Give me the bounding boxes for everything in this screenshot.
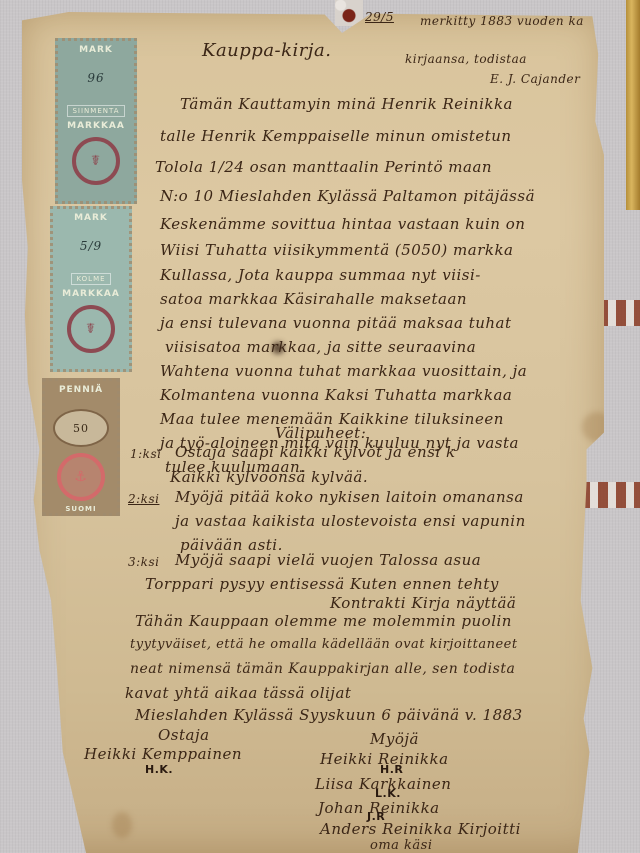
seal-icon: ⚓ xyxy=(57,453,105,501)
registry-note-1: merkitty 1883 vuoden ka xyxy=(420,14,584,28)
body-line: Tolola 1/24 osan manttaalin Perintö maan xyxy=(155,158,492,176)
stamp-bottom-label: MARKKAA xyxy=(67,121,125,131)
stamp-label: MARK xyxy=(74,213,108,223)
condition-marker: 3:ksi xyxy=(128,555,159,569)
stamp-bottom-label: MARKKAA xyxy=(62,289,120,299)
buyer-initials: H.K. xyxy=(145,763,173,776)
stamp-band: KOLME xyxy=(71,273,110,285)
body-line: N:o 10 Mieslahden Kylässä Paltamon pitäj… xyxy=(160,187,535,205)
condition-line: Ostaja saapi kaikki kylvöt ja ensi k xyxy=(175,443,456,461)
seller-heading: Myöjä xyxy=(370,730,419,748)
conditions-heading: Välipuheet: xyxy=(275,424,366,442)
registry-note-2: kirjaansa, todistaa xyxy=(405,52,527,66)
buyer-heading: Ostaja xyxy=(158,726,210,744)
stamp-band: SIINMENTA xyxy=(67,105,124,117)
contract-line: tyytyväiset, että he omalla kädellään ov… xyxy=(130,637,518,652)
condition-line: Kaikki kylvöönsä kylvää. xyxy=(170,468,368,486)
closing-note: oma käsi xyxy=(370,838,433,853)
condition-marker: 2:ksi xyxy=(128,492,159,506)
stamp-label: PENNIÄ xyxy=(59,385,103,395)
body-line: ja ensi tulevana vuonna pitää maksaa tuh… xyxy=(160,314,512,332)
contract-line: kavat yhtä aikaa tässä olijat xyxy=(125,684,351,702)
registry-signature: E. J. Cajander xyxy=(490,72,580,86)
stamp-label: MARK xyxy=(79,45,113,55)
buyer-name: Heikki Kemppainen xyxy=(84,745,242,763)
revenue-stamp-1: MARK 96 SIINMENTA MARKKAA ☤ xyxy=(55,38,137,204)
body-line: Tämän Kauttamyin minä Henrik Reinikka xyxy=(180,95,513,113)
seal-icon: ☤ xyxy=(67,305,115,353)
document-title: Kauppa-kirja. xyxy=(202,40,331,61)
contract-line: neat nimensä tämän Kauppakirjan alle, se… xyxy=(130,661,515,677)
body-line: Keskenämme sovittua hintaa vastaan kuin … xyxy=(160,215,525,233)
body-line: talle Henrik Kemppaiselle minun omistetu… xyxy=(160,127,512,145)
revenue-stamp-3: PENNIÄ 50 ⚓ SUOMI xyxy=(42,378,120,516)
stamp-value: 96 xyxy=(70,61,122,95)
lace-trim-right-lower xyxy=(580,482,640,508)
stain xyxy=(112,812,132,838)
registry-number: 29/5 xyxy=(365,10,394,24)
body-line: Kolmantena vuonna Kaksi Tuhatta markkaa xyxy=(160,386,512,404)
stamp-value: 50 xyxy=(53,409,109,447)
body-line: viisisatoa markkaa, ja sitte seuraavina xyxy=(165,338,476,356)
body-line: Wiisi Tuhatta viisikymmentä (5050) markk… xyxy=(160,241,514,259)
place-date: Mieslahden Kylässä Syyskuun 6 päivänä v.… xyxy=(135,706,523,724)
condition-marker: 1:ksi xyxy=(130,447,161,461)
seal-icon: ☤ xyxy=(72,137,120,185)
condition-line: Myöjä saapi vielä vuojen Talossa asua xyxy=(175,551,481,569)
body-line: Kullassa, Jota kauppa summaa nyt viisi- xyxy=(160,266,481,284)
stain xyxy=(582,412,612,442)
contract-line: Kontrakti Kirja näyttää xyxy=(330,594,516,612)
seller-name: Anders Reinikka Kirjoitti xyxy=(320,820,521,838)
body-line: satoa markkaa Käsirahalle maksetaan xyxy=(160,290,467,308)
revenue-stamp-2: MARK 5/9 KOLME MARKKAA ☤ xyxy=(50,206,132,372)
contract-line: Tähän Kauppaan olemme me molemmin puolin xyxy=(135,612,512,630)
gold-frame-edge xyxy=(626,0,640,210)
stamp-value: 5/9 xyxy=(65,229,117,263)
condition-line: Myöjä pitää koko nykisen laitoin omanans… xyxy=(175,488,524,506)
condition-line: Torppari pysyy entisessä Kuten ennen teh… xyxy=(145,575,499,593)
stamp-bottom-label: SUOMI xyxy=(65,505,96,513)
condition-line: ja vastaa kaikista ulostevoista ensi vap… xyxy=(175,512,526,530)
body-line: Wahtena vuonna tuhat markkaa vuosittain,… xyxy=(160,362,527,380)
